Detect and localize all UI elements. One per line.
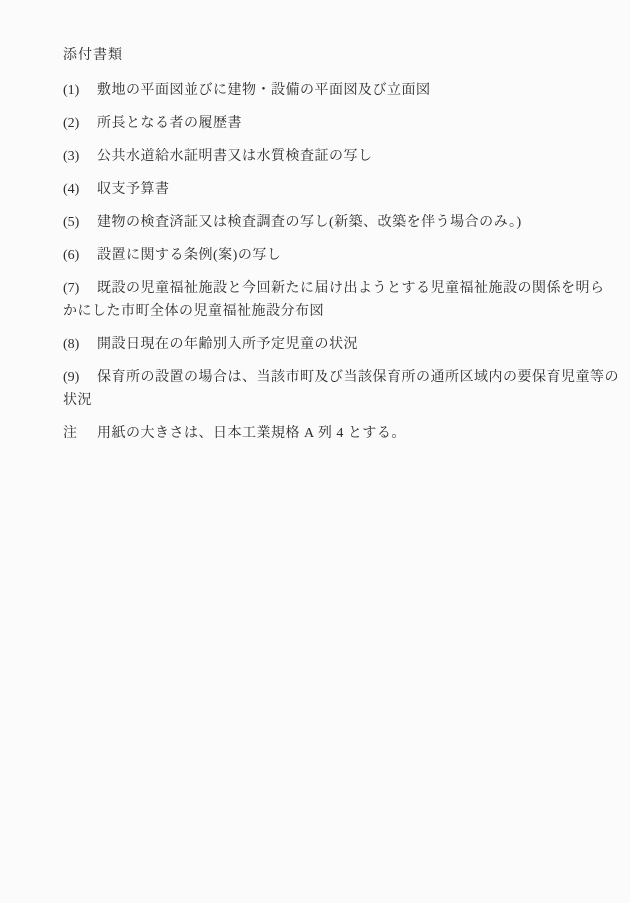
- item-text: 所長となる者の履歴書: [97, 116, 242, 131]
- item-number: (6): [63, 244, 97, 267]
- item-number: (3): [63, 145, 97, 168]
- item-number: (8): [63, 333, 97, 356]
- note-text: 用紙の大きさは、日本工業規格 A 列 4 とする。: [97, 426, 406, 441]
- item-number: (1): [63, 79, 97, 102]
- item-text-continuation: 状況: [63, 389, 590, 412]
- item-text: 設置に関する条例(案)の写し: [97, 248, 281, 263]
- item-text: 公共水道給水証明書又は水質検査証の写し: [97, 149, 373, 164]
- item-number: (4): [63, 178, 97, 201]
- page-title: 添付書類: [63, 44, 590, 67]
- item-text: 建物の検査済証又は検査調査の写し(新築、改築を伴う場合のみ。): [97, 215, 522, 230]
- list-item: (9)保育所の設置の場合は、当該市町及び当該保育所の通所区域内の要保育児童等の状…: [63, 366, 590, 412]
- list-item: (3)公共水道給水証明書又は水質検査証の写し: [63, 145, 590, 168]
- item-text: 敷地の平面図並びに建物・設備の平面図及び立面図: [97, 83, 431, 98]
- list-item: (5)建物の検査済証又は検査調査の写し(新築、改築を伴う場合のみ。): [63, 211, 590, 234]
- item-text: 収支予算書: [97, 182, 170, 197]
- item-text-continuation: かにした市町全体の児童福祉施設分布図: [63, 300, 590, 323]
- item-number: (7): [63, 277, 97, 300]
- list-item: (8)開設日現在の年齢別入所予定児童の状況: [63, 333, 590, 356]
- list-item: (6)設置に関する条例(案)の写し: [63, 244, 590, 267]
- item-number: (2): [63, 112, 97, 135]
- list-item: (7)既設の児童福祉施設と今回新たに届け出ようとする児童福祉施設の関係を明らかに…: [63, 277, 590, 323]
- list-item: (4)収支予算書: [63, 178, 590, 201]
- item-number: (9): [63, 366, 97, 389]
- item-text: 既設の児童福祉施設と今回新たに届け出ようとする児童福祉施設の関係を明ら: [97, 281, 605, 296]
- list-item: (1)敷地の平面図並びに建物・設備の平面図及び立面図: [63, 79, 590, 102]
- note: 注用紙の大きさは、日本工業規格 A 列 4 とする。: [63, 422, 590, 445]
- item-text: 保育所の設置の場合は、当該市町及び当該保育所の通所区域内の要保育児童等の: [97, 370, 619, 385]
- document-page: 添付書類 (1)敷地の平面図並びに建物・設備の平面図及び立面図 (2)所長となる…: [0, 0, 630, 903]
- item-number: (5): [63, 211, 97, 234]
- list-item: (2)所長となる者の履歴書: [63, 112, 590, 135]
- item-text: 開設日現在の年齢別入所予定児童の状況: [97, 337, 358, 352]
- note-label: 注: [63, 422, 97, 445]
